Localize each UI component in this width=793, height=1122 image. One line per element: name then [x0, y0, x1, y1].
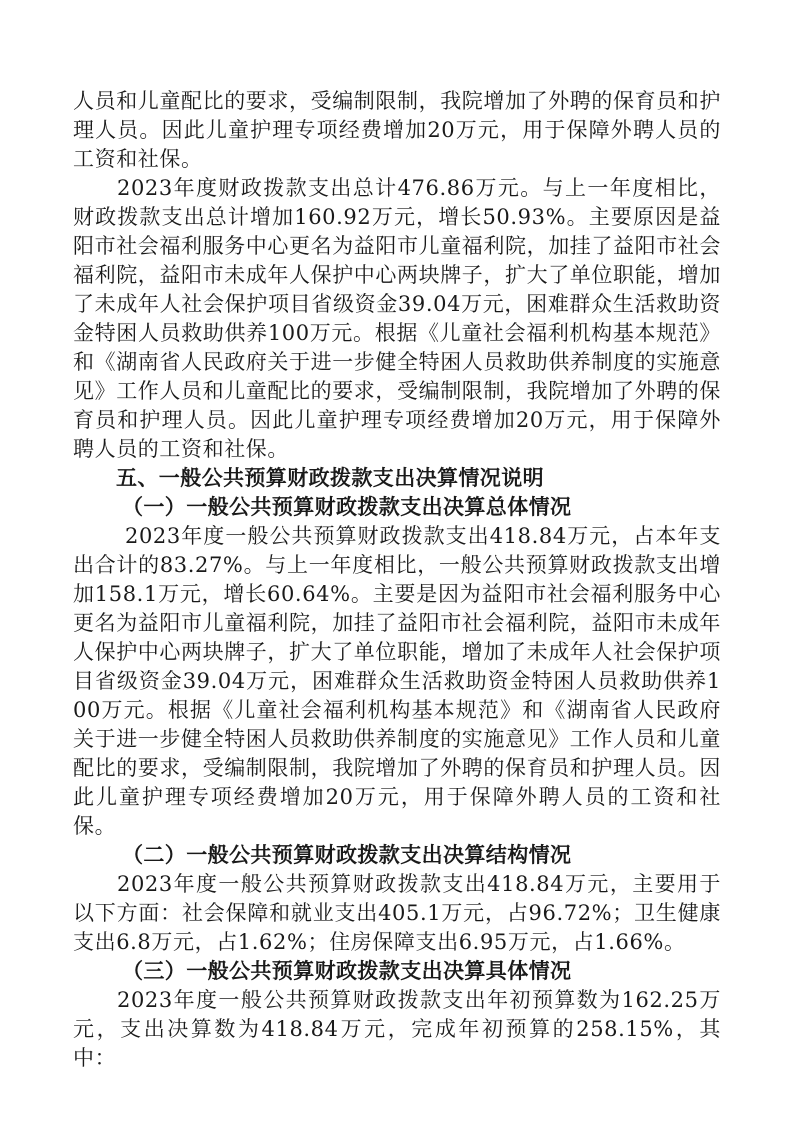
- document-page: 人员和儿童配比的要求，受编制限制，我院增加了外聘的保育员和护理人员。因此儿童护理…: [73, 87, 721, 1073]
- paragraph-total-expenditure: 2023年度财政拨款支出总计476.86万元。与上一年度相比，财政拨款支出总计增…: [73, 174, 721, 464]
- subheading-specific: （三）一般公共预算财政拨款支出决算具体情况: [73, 957, 721, 986]
- subheading-overall: （一）一般公共预算财政拨款支出决算总体情况: [73, 493, 721, 522]
- paragraph-structure: 2023年度一般公共预算财政拨款支出418.84万元，主要用于以下方面：社会保障…: [73, 870, 721, 957]
- section-heading-5: 五、一般公共预算财政拨款支出决算情况说明: [73, 464, 721, 493]
- paragraph-specific: 2023年度一般公共预算财政拨款支出年初预算数为162.25万元，支出决算数为4…: [73, 986, 721, 1073]
- subheading-structure: （二）一般公共预算财政拨款支出决算结构情况: [73, 841, 721, 870]
- paragraph-overall: 2023年度一般公共预算财政拨款支出418.84万元，占本年支出合计的83.27…: [73, 522, 721, 841]
- paragraph-continued: 人员和儿童配比的要求，受编制限制，我院增加了外聘的保育员和护理人员。因此儿童护理…: [73, 87, 721, 174]
